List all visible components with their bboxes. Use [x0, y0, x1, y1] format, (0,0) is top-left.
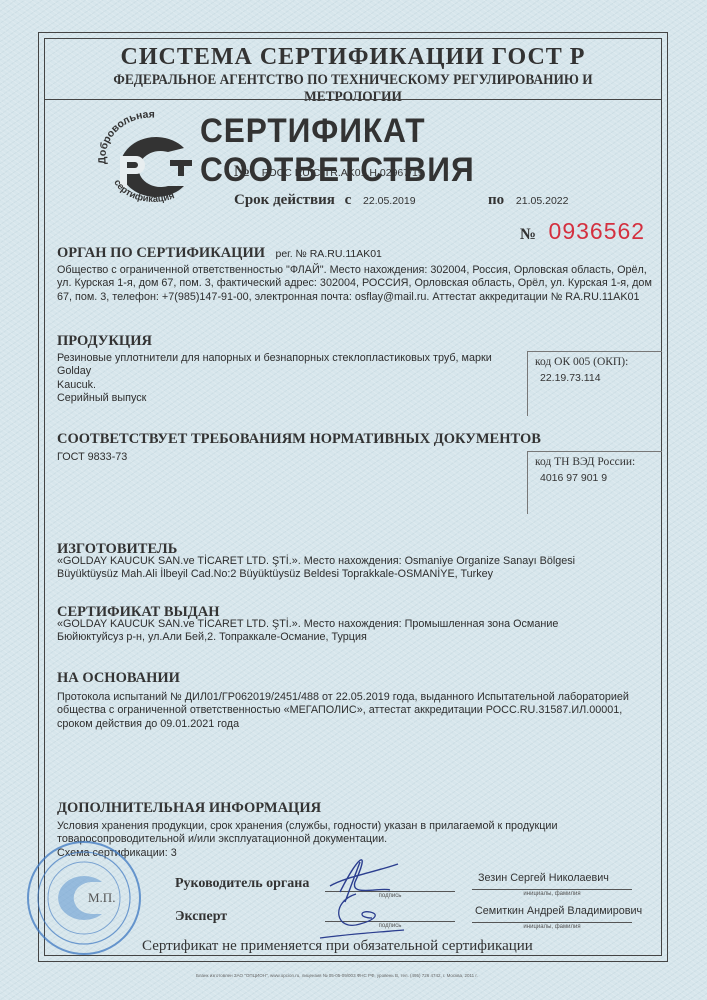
- issued-to-line-2: Бюйюктуйсуз р-н, ул.Али Бей,2. Топраккал…: [57, 631, 657, 644]
- official-stamp: М.П.: [24, 838, 144, 963]
- blank-printer-info: Бланк изготовлен ЗАО "ОПЦИОН", www.opcio…: [196, 973, 478, 978]
- certification-body-text: Общество с ограниченной ответственностью…: [57, 264, 657, 304]
- basis-heading: НА ОСНОВАНИИ: [57, 670, 647, 687]
- certification-body-section: ОРГАН ПО СЕРТИФИКАЦИИ рег. № RA.RU.11AK0…: [57, 244, 657, 304]
- expert-name-caption: инициалы, фамилия: [472, 924, 632, 930]
- tnved-code-label: код ТН ВЭД России:: [528, 452, 662, 468]
- validity-label: Срок действия: [234, 192, 335, 208]
- validity-to-row: по 21.05.2022: [488, 192, 568, 209]
- manufacturer-line-2: Büyüktüysüz Mah.Ali İlbeyil Cad.No:2 Büy…: [57, 568, 657, 581]
- header-divider: [44, 99, 662, 100]
- rst-logo-icon: Добровольная сертификация: [92, 112, 210, 212]
- validity-to-label: по: [488, 192, 504, 208]
- certification-body-reg: рег. № RA.RU.11AK01: [275, 248, 381, 260]
- serial-number-symbol: №: [520, 226, 536, 243]
- additional-info-line-1: Условия хранения продукции, срок хранени…: [57, 820, 657, 833]
- issued-to-line-1: «GOLDAY KAUCUK SAN.ve TİCARET LTD. ŞTİ.»…: [57, 618, 657, 631]
- voluntary-only-note: Сертификат не применяется при обязательн…: [142, 938, 533, 955]
- handwritten-signatures-icon: [300, 842, 410, 942]
- head-name-line: [472, 889, 632, 890]
- compliance-standard: ГОСТ 9833-73: [57, 451, 127, 464]
- blank-serial-number: № 0936562: [520, 218, 645, 245]
- product-line-1: Резиновые уплотнители для напорных и без…: [57, 352, 527, 379]
- certification-body-heading: ОРГАН ПО СЕРТИФИКАЦИИ: [57, 245, 265, 261]
- number-symbol: №: [234, 163, 250, 180]
- tnved-code-box: код ТН ВЭД России: 4016 97 901 9: [527, 451, 662, 514]
- product-line-2: Kaucuk.: [57, 379, 527, 392]
- issued-to-section: СЕРТИФИКАТ ВЫДАН «GOLDAY KAUCUK SAN.ve T…: [57, 606, 657, 645]
- basis-section: НА ОСНОВАНИИ Протокола испытаний № ДИЛ01…: [57, 670, 647, 731]
- head-of-body-name: Зезин Сергей Николаевич: [478, 872, 609, 884]
- agency-name: ФЕДЕРАЛЬНОЕ АГЕНТСТВО ПО ТЕХНИЧЕСКОМУ РЕ…: [69, 72, 638, 106]
- expert-label: Эксперт: [175, 909, 227, 925]
- stamp-seal-icon: М.П.: [24, 838, 144, 958]
- serial-number: 0936562: [549, 218, 646, 244]
- head-of-body-label: Руководитель органа: [175, 876, 309, 892]
- stamp-label: М.П.: [88, 890, 115, 905]
- compliance-heading: СООТВЕТСТВУЕТ ТРЕБОВАНИЯМ НОРМАТИВНЫХ ДО…: [57, 431, 541, 448]
- okp-code-box: код ОК 005 (ОКП): 22.19.73.114: [527, 351, 662, 416]
- certificate-number-row: № РОСС RU C-TR.AK01.H.02967/19: [234, 163, 424, 181]
- manufacturer-section: ИЗГОТОВИТЕЛЬ «GOLDAY KAUCUK SAN.ve TİCAR…: [57, 543, 657, 582]
- valid-from-date: 22.05.2019: [363, 195, 416, 207]
- tnved-code-value: 4016 97 901 9: [528, 468, 662, 484]
- okp-code-value: 22.19.73.114: [528, 368, 662, 384]
- manufacturer-line-1: «GOLDAY KAUCUK SAN.ve TİCARET LTD. ŞTİ.»…: [57, 555, 657, 568]
- rst-voluntary-certification-logo: Добровольная сертификация: [92, 112, 210, 212]
- expert-name: Семиткин Андрей Владимирович: [475, 905, 642, 917]
- okp-code-label: код ОК 005 (ОКП):: [528, 352, 662, 368]
- product-heading: ПРОДУКЦИЯ: [57, 333, 152, 350]
- additional-info-heading: ДОПОЛНИТЕЛЬНАЯ ИНФОРМАЦИЯ: [57, 800, 657, 817]
- system-title: СИСТЕМА СЕРТИФИКАЦИИ ГОСТ Р: [44, 44, 662, 71]
- validity-from-label: с: [345, 192, 352, 208]
- valid-to-date: 21.05.2022: [516, 195, 569, 207]
- product-line-3: Серийный выпуск: [57, 392, 527, 405]
- validity-row: Срок действия с 22.05.2019: [234, 192, 416, 209]
- manufacturer-heading: ИЗГОТОВИТЕЛЬ: [57, 543, 657, 555]
- issued-to-heading: СЕРТИФИКАТ ВЫДАН: [57, 606, 657, 618]
- product-text: Резиновые уплотнители для напорных и без…: [57, 352, 527, 406]
- expert-name-line: [472, 922, 632, 923]
- certificate-number: РОСС RU C-TR.AK01.H.02967/19: [262, 167, 424, 179]
- head-name-caption: инициалы, фамилия: [472, 891, 632, 897]
- basis-text: Протокола испытаний № ДИЛ01/ГР062019/245…: [57, 691, 647, 731]
